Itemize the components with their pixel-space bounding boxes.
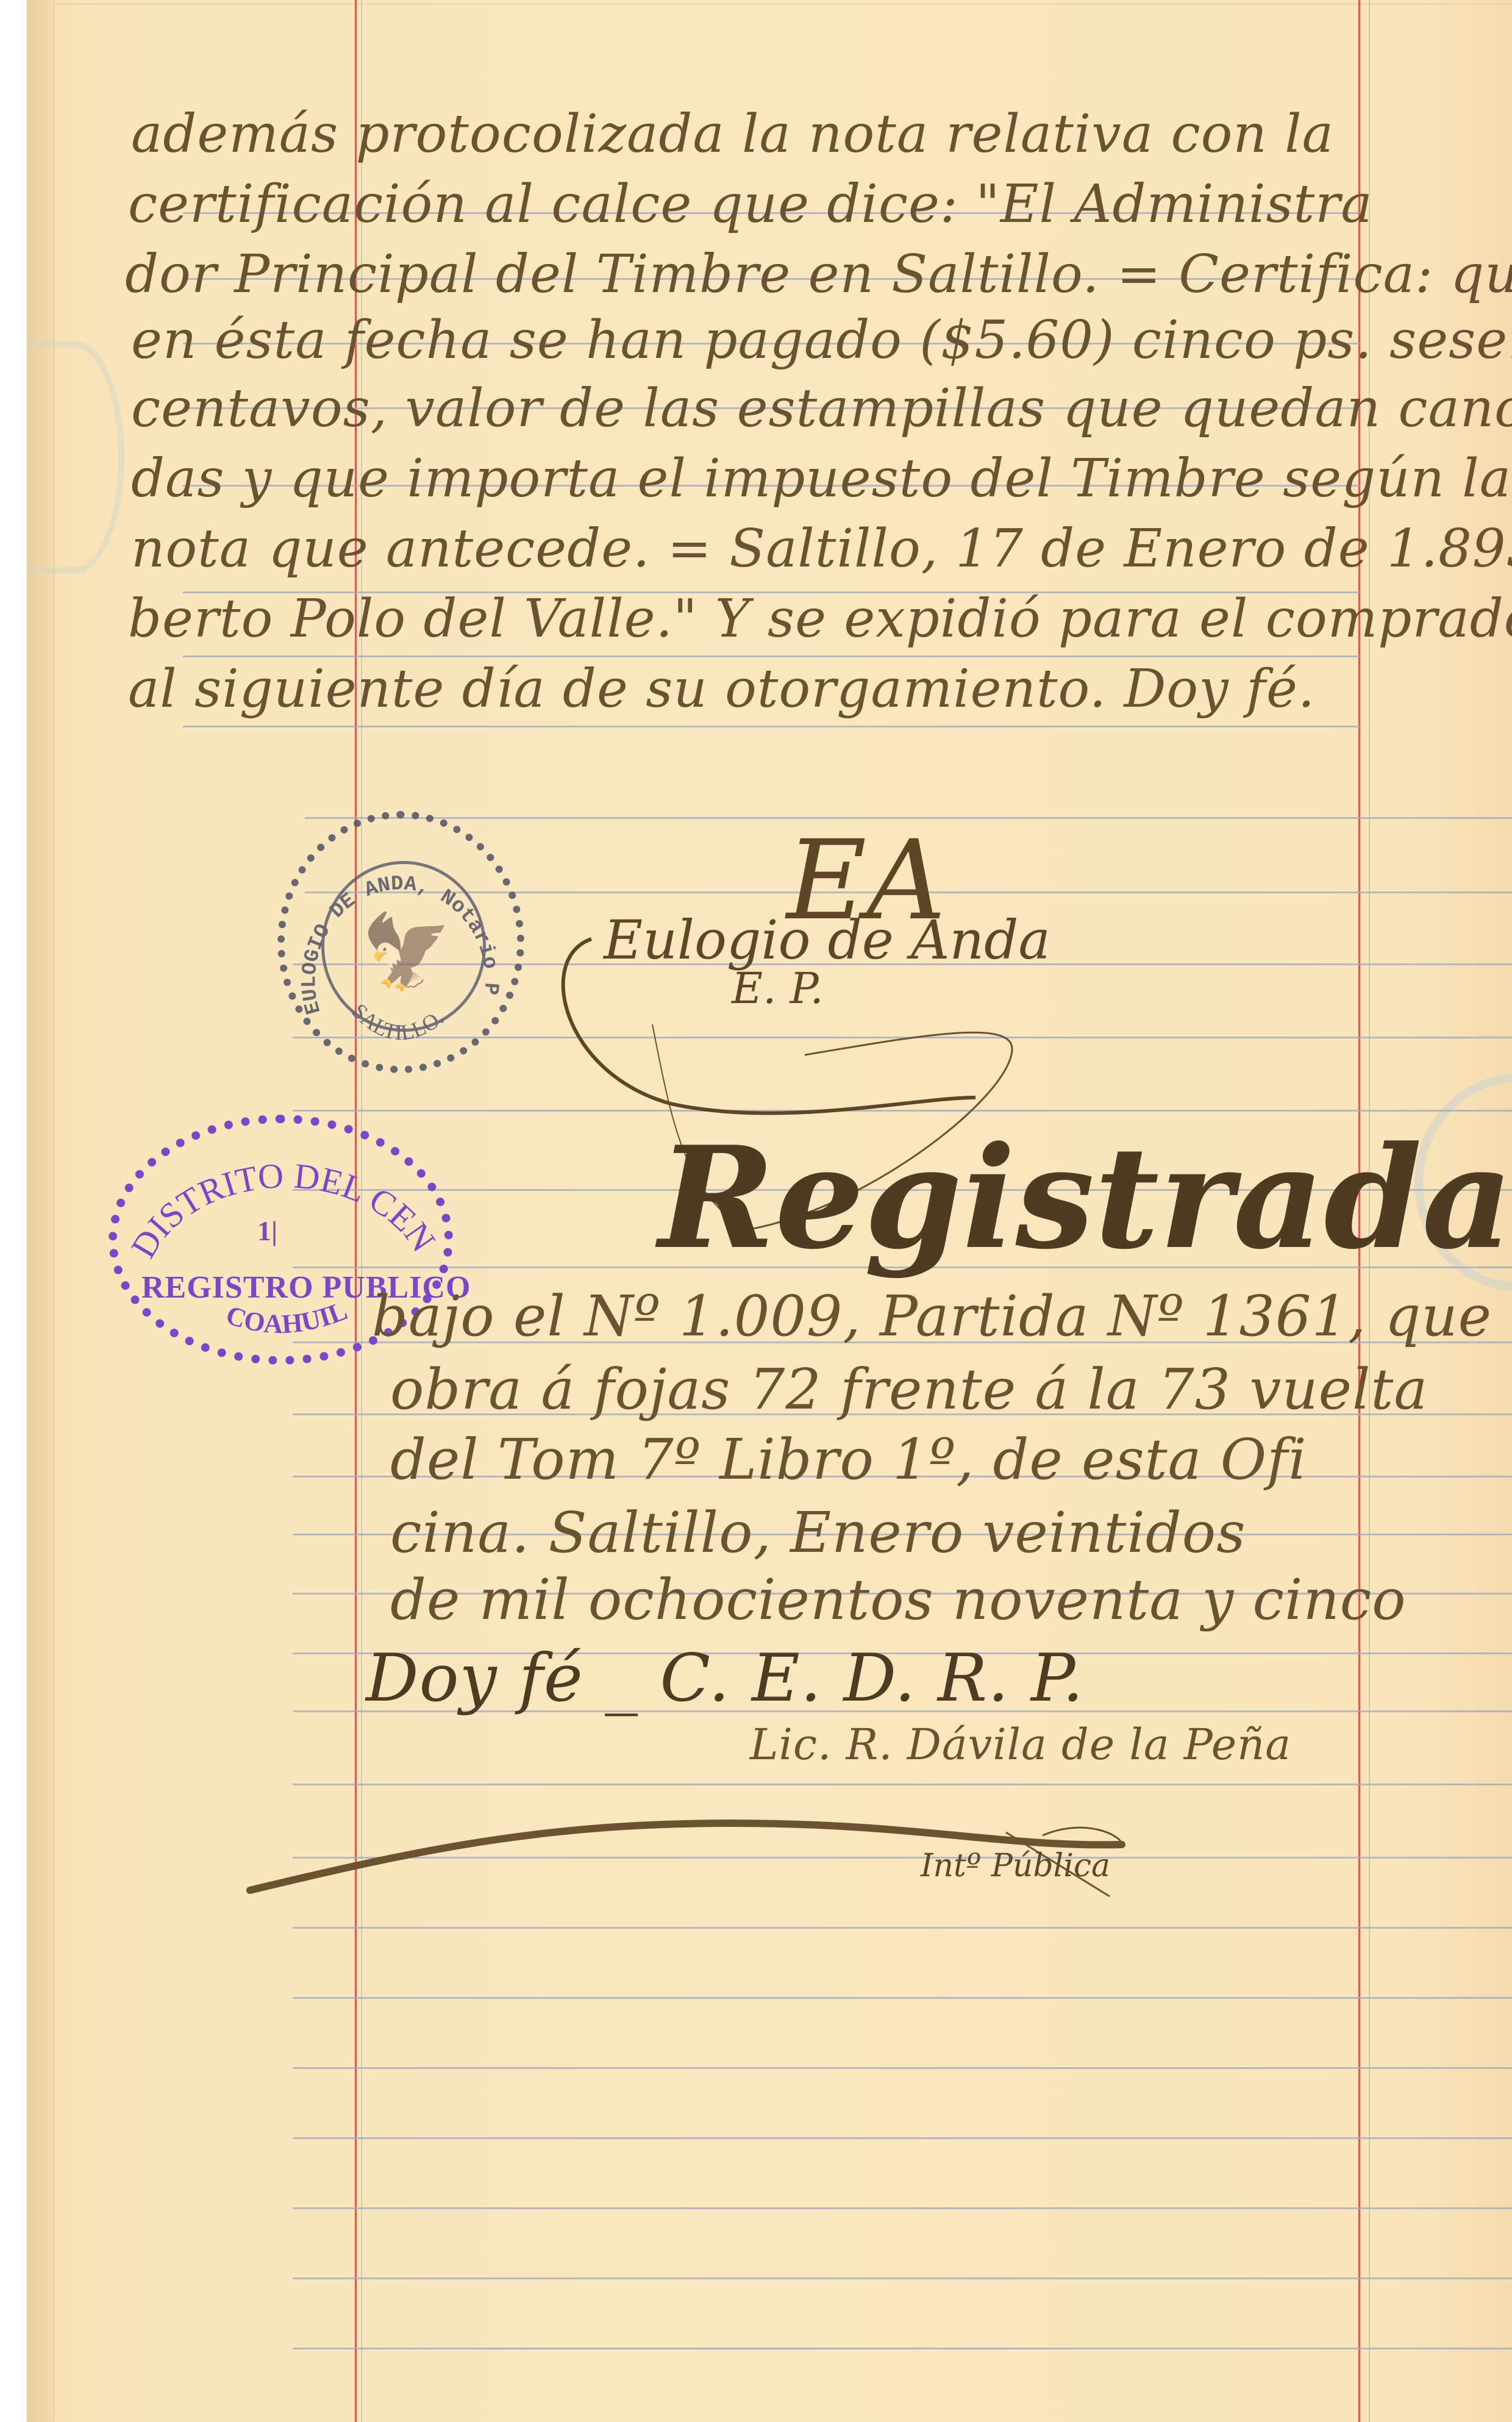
svg-text:COAHUILA.: COAHUILA. — [109, 1115, 351, 1339]
body-line-3: dor Principal del Timbre en Saltillo. = … — [125, 244, 1512, 305]
registry-line-3: del Tom 7º Libro 1º, de esta Ofi — [390, 1427, 1307, 1492]
registry-heading: Registrada — [658, 1116, 1512, 1281]
registry-line-5: de mil ochocientos noventa y cinco — [390, 1567, 1407, 1632]
body-line-7: nota que antecede. = Saltillo, 17 de Ene… — [131, 518, 1512, 579]
registry-seal-center-mark: 1| — [257, 1215, 277, 1247]
svg-text:SALTILLO.: SALTILLO. — [347, 999, 448, 1045]
registry-signer: Lic. R. Dávila de la Peña — [750, 1720, 1291, 1770]
body-line-1: además protocolizada la nota relativa co… — [131, 104, 1334, 165]
body-line-5: centavos, valor de las estampillas que q… — [131, 378, 1512, 439]
body-line-9: al siguiente día de su otorgamiento. Doy… — [128, 659, 1315, 720]
notary-seal-stamp: 🦅 EULOGIO DE ANDA, Notario Público. SALT… — [277, 811, 524, 1073]
registry-line-6: Doy fé _ C. E. D. R. P. — [366, 1640, 1084, 1716]
secondary-signature: Intº Pública — [921, 1848, 1110, 1884]
registry-line-4: cina. Saltillo, Enero veintidos — [390, 1500, 1246, 1565]
body-line-6: das y que importa el impuesto del Timbre… — [131, 448, 1511, 509]
registry-line-2: obra á fojas 72 frente á la 73 vuelta — [390, 1357, 1428, 1422]
svg-text:EULOGIO DE ANDA, Notario Públi: EULOGIO DE ANDA, Notario Público. — [277, 811, 502, 1016]
notary-seal-text-ring: EULOGIO DE ANDA, Notario Público. SALTIL… — [277, 811, 524, 1073]
body-line-2: certificación al calce que dice: "El Adm… — [128, 174, 1373, 235]
body-line-4: en ésta fecha se han pagado ($5.60) cinc… — [131, 310, 1512, 371]
closing-flourish-line — [244, 1799, 1402, 1921]
registry-line-1: bajo el Nº 1.009, Partida Nº 1361, que — [372, 1284, 1492, 1349]
faint-bleed-stamp-left — [27, 341, 124, 573]
body-line-8: berto Polo del Valle." Y se expidió para… — [128, 588, 1512, 649]
